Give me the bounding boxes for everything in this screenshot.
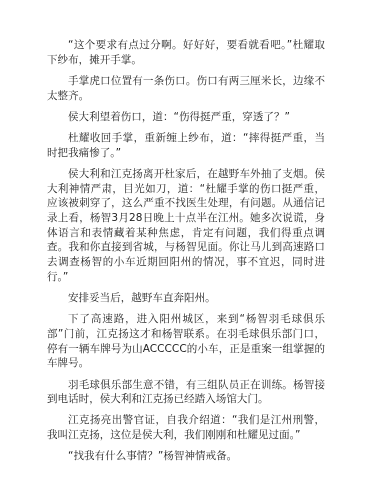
paragraph: 下了高速路，进入阳州城区，来到“杨智羽毛球俱乐部”门前，江克扬这才和杨智联系。在…: [47, 312, 325, 371]
document-page: “这个要求有点过分啊。好好好，要看就看吧。”杜耀取下纱布，摊开手掌。 手掌虎口位…: [47, 38, 325, 471]
paragraph: 侯大利望着伤口，道：“伤得挺严重，穿透了？”: [47, 110, 325, 125]
paragraph: 江克扬亮出警官证，自我介绍道：“我们是江州刑警，我叫江克扬，这位是侯大利，我们刚…: [47, 413, 325, 442]
paragraph: 杜耀收回手掌，重新缠上纱布，道：“摔得挺严重，当时把我痛惨了。”: [47, 131, 325, 160]
paragraph: 安排妥当后，越野车直奔阳州。: [47, 291, 325, 306]
paragraph: 羽毛球俱乐部生意不错，有三组队员正在训练。杨智接到电话时，侯大利和江克扬已经踏入…: [47, 378, 325, 407]
paragraph: 手掌虎口位置有一条伤口。伤口有两三厘米长，边缘不太整齐。: [47, 74, 325, 103]
paragraph: 侯大利和江克扬离开杜家后，在越野车外抽了支烟。侯大利神情严肃，目光如刀，道：“杜…: [47, 167, 325, 285]
paragraph: “找我有什么事情？”杨智神情戒备。: [47, 449, 325, 464]
paragraph: “这个要求有点过分啊。好好好，要看就看吧。”杜耀取下纱布，摊开手掌。: [47, 38, 325, 67]
